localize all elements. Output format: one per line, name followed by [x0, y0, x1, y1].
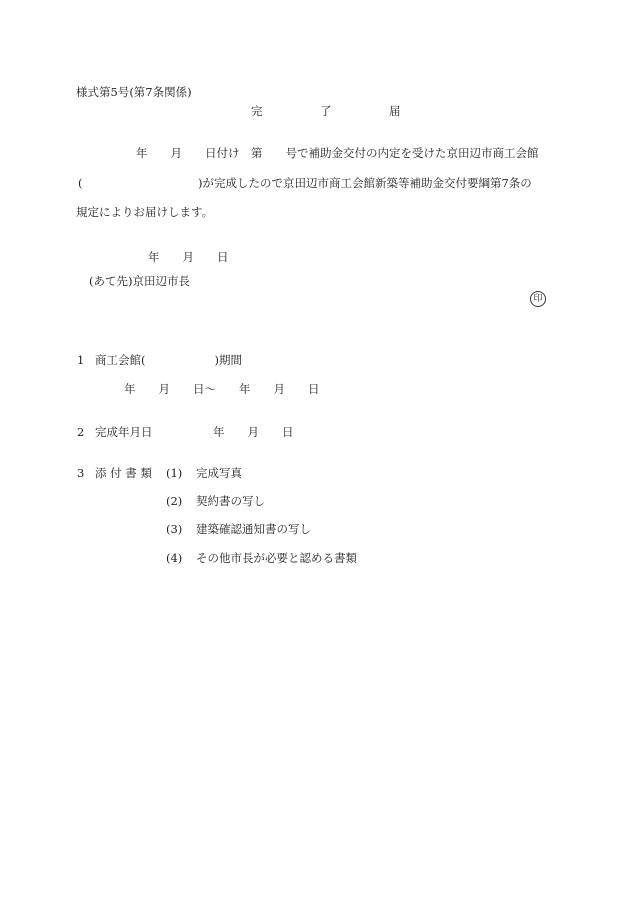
section-3-number: 3	[77, 466, 84, 480]
attachment-3-text: 建築確認通知書の写し	[196, 522, 311, 536]
body-line-3: 規定によりお届けします。	[76, 205, 213, 219]
document-title: 完 了 届	[251, 104, 401, 118]
attachment-2-text: 契約書の写し	[196, 494, 265, 508]
attachment-1-marker: (1)	[166, 466, 182, 480]
section-2-number: 2	[77, 425, 84, 439]
form-number: 様式第5号(第7条関係)	[76, 85, 192, 99]
section-2-date: 年 月 日	[213, 425, 294, 439]
section-1-label: 商工会館( )期間	[95, 353, 242, 367]
attachment-2-marker: (2)	[166, 494, 182, 508]
attachment-4-text: その他市長が必要と認める書類	[196, 551, 357, 565]
submission-date: 年 月 日	[148, 250, 229, 264]
attachment-1-text: 完成写真	[196, 466, 242, 480]
body-line-1: 年 月 日付け 第 号で補助金交付の内定を受けた京田辺市商工会館	[136, 146, 539, 160]
section-3-label: 添 付 書 類	[95, 466, 152, 480]
section-2-label: 完成年月日	[95, 425, 153, 439]
attachment-3-marker: (3)	[166, 522, 182, 536]
body-line-2-open: (	[78, 176, 83, 190]
seal-icon: 印	[530, 291, 546, 307]
section-1-number: 1	[77, 353, 84, 367]
attachment-4-marker: (4)	[166, 551, 182, 565]
section-1-period: 年 月 日～ 年 月 日	[124, 382, 320, 396]
addressee: (あて先)京田辺市長	[89, 274, 190, 288]
body-line-2: )が完成したので京田辺市商工会館新築等補助金交付要綱第7条の	[198, 176, 532, 190]
